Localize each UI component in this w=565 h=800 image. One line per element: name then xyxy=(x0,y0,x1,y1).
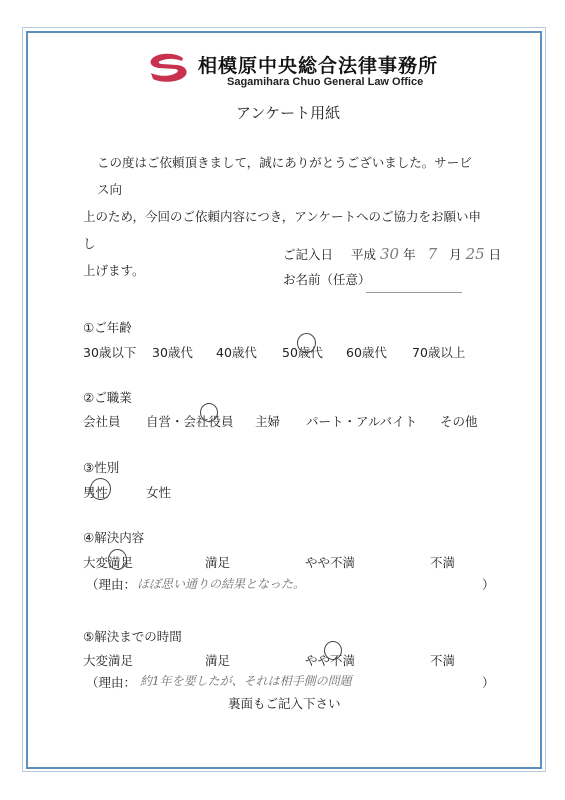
reason-label-resolution: （理由： xyxy=(86,575,136,593)
reason-field-time[interactable]: 約1年を要したが、それは相手側の問題 xyxy=(140,672,352,689)
question-title-occupation: ②ご職業 xyxy=(83,388,132,406)
reason-label-time: （理由： xyxy=(86,673,136,691)
question-title-age: ①ご年齢 xyxy=(83,318,132,336)
month-field[interactable]: 7 xyxy=(420,245,446,263)
intro-line: この度はご依頼頂きまして，誠にありがとうございました。サービス向 xyxy=(83,149,483,203)
continue-on-back-note: 裏面もご記入下さい xyxy=(228,694,341,712)
entry-date-row: ご記入日 平成 30 年 7 月 25 日 xyxy=(283,245,501,263)
question-title-resolution: ④解決内容 xyxy=(83,528,144,546)
option-gender-male[interactable]: 男性 xyxy=(83,483,108,501)
option-occupation-other[interactable]: その他 xyxy=(440,412,478,430)
question-title-time: ⑤解決までの時間 xyxy=(83,627,182,645)
option-resolution-satisfied[interactable]: 満足 xyxy=(205,553,230,571)
date-label: ご記入日 xyxy=(283,247,333,262)
option-time-dissatisfied[interactable]: 不満 xyxy=(430,651,455,669)
option-time-satisfied[interactable]: 満足 xyxy=(205,651,230,669)
option-age-under-30[interactable]: 30歳以下 xyxy=(83,343,136,361)
option-resolution-somewhat-dissatisfied[interactable]: やや不満 xyxy=(305,553,355,571)
year-label: 年 xyxy=(403,247,416,262)
law-office-logo-icon xyxy=(147,52,189,84)
option-occupation-part-time[interactable]: パート・アルバイト xyxy=(306,412,417,430)
option-age-50s[interactable]: 50歳代 xyxy=(282,343,323,361)
day-field[interactable]: 25 xyxy=(466,245,485,263)
option-resolution-dissatisfied[interactable]: 不満 xyxy=(430,553,455,571)
era-label: 平成 xyxy=(351,247,376,262)
option-occupation-self-employed-executive[interactable]: 自営・会社役員 xyxy=(146,412,234,430)
option-occupation-employee[interactable]: 会社員 xyxy=(83,412,121,430)
reason-close-resolution: ） xyxy=(482,575,495,593)
option-age-70-plus[interactable]: 70歳以上 xyxy=(412,343,465,361)
day-label: 日 xyxy=(489,247,502,262)
option-age-30s[interactable]: 30歳代 xyxy=(152,343,193,361)
option-time-very-satisfied[interactable]: 大変満足 xyxy=(83,651,133,669)
organization-name-en: Sagamihara Chuo General Law Office xyxy=(227,76,423,88)
option-gender-female[interactable]: 女性 xyxy=(146,483,171,501)
year-field[interactable]: 30 xyxy=(380,245,399,263)
form-title: アンケート用紙 xyxy=(236,102,340,123)
reason-field-resolution[interactable]: ほぼ思い通りの結果となった。 xyxy=(137,575,305,592)
reason-close-time: ） xyxy=(482,673,495,691)
option-age-60s[interactable]: 60歳代 xyxy=(346,343,387,361)
month-label: 月 xyxy=(449,247,462,262)
intro-paragraph: この度はご依頼頂きまして，誠にありがとうございました。サービス向 上のため，今回… xyxy=(83,149,483,284)
name-field[interactable] xyxy=(366,292,462,293)
option-age-40s[interactable]: 40歳代 xyxy=(216,343,257,361)
name-label: お名前（任意） xyxy=(283,270,371,288)
option-time-somewhat-dissatisfied[interactable]: やや不満 xyxy=(305,651,355,669)
option-occupation-homemaker[interactable]: 主婦 xyxy=(255,412,280,430)
option-resolution-very-satisfied[interactable]: 大変満足 xyxy=(83,553,133,571)
question-title-gender: ③性別 xyxy=(83,458,119,476)
organization-name-jp: 相模原中央総合法律事務所 xyxy=(198,51,438,78)
